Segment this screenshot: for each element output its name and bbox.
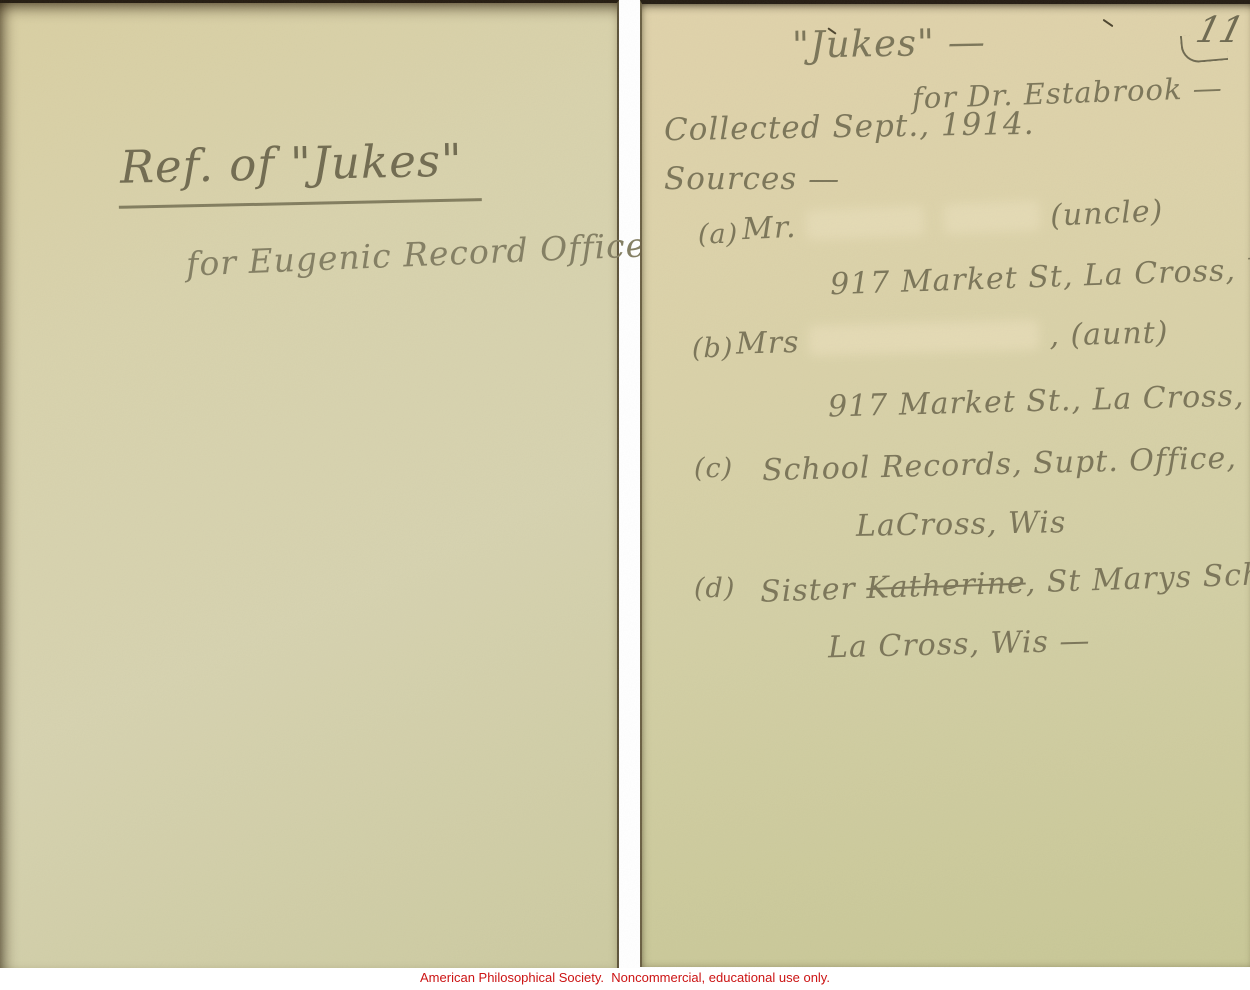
entry-b-address: 917 Market St., La Cross, Wis. xyxy=(828,378,1250,424)
right-page: 11 "Jukes" — for Dr. Estabrook — Collect… xyxy=(640,0,1250,967)
entry-b-label: (b) xyxy=(692,334,733,364)
entry-c-text: School Records, Supt. Office, xyxy=(762,442,1238,487)
entry-d-address: La Cross, Wis — xyxy=(828,625,1091,665)
left-page: Ref. of "Jukes" for Eugenic Record Offic… xyxy=(0,0,619,971)
credit-line: American Philosophical Society. Noncomme… xyxy=(0,968,1250,990)
entry-b-relation: , (aunt) xyxy=(1049,315,1169,353)
entry-a-salutation: Mr. xyxy=(741,210,797,247)
entry-d-text-pre: Sister xyxy=(760,571,867,610)
redacted-name-blur xyxy=(944,200,1041,234)
collected-line: Collected Sept., 1914. xyxy=(664,107,1035,148)
heading-jukes: "Jukes" — xyxy=(792,22,986,66)
page-title-text: Ref. of "Jukes" xyxy=(117,133,481,209)
entry-a-label: (a) xyxy=(698,220,738,250)
entry-d-text: Sister Katherine, St Marys School, xyxy=(760,556,1250,609)
entry-d-label: (d) xyxy=(694,574,735,604)
entry-a-address: 917 Market St, La Cross, Wis xyxy=(830,252,1250,302)
sources-label: Sources — xyxy=(664,162,840,196)
redacted-name-blur xyxy=(806,205,925,240)
entry-d-text-post: , St Marys School, xyxy=(1025,555,1250,600)
entry-c-label: (c) xyxy=(694,454,733,484)
page-number-underline xyxy=(1180,32,1228,64)
page-title: Ref. of "Jukes" xyxy=(118,135,482,192)
entry-a-relation: (uncle) xyxy=(1049,194,1164,234)
page-subtitle: for Eugenic Record Office xyxy=(185,227,646,283)
page-number: 11 xyxy=(1187,10,1237,70)
scanned-document: Ref. of "Jukes" for Eugenic Record Offic… xyxy=(0,0,1250,990)
entry-a-name-line: Mr.(uncle) xyxy=(741,195,1164,249)
entry-b-salutation: Mrs xyxy=(736,325,800,362)
entry-d-struck-name: Katherine xyxy=(866,566,1027,607)
entry-b-name-line: Mrs, (aunt) xyxy=(736,316,1169,363)
redacted-name-blur xyxy=(809,320,1040,356)
paper-speck xyxy=(1103,19,1114,28)
entry-c-address: LaCross, Wis xyxy=(856,506,1067,543)
